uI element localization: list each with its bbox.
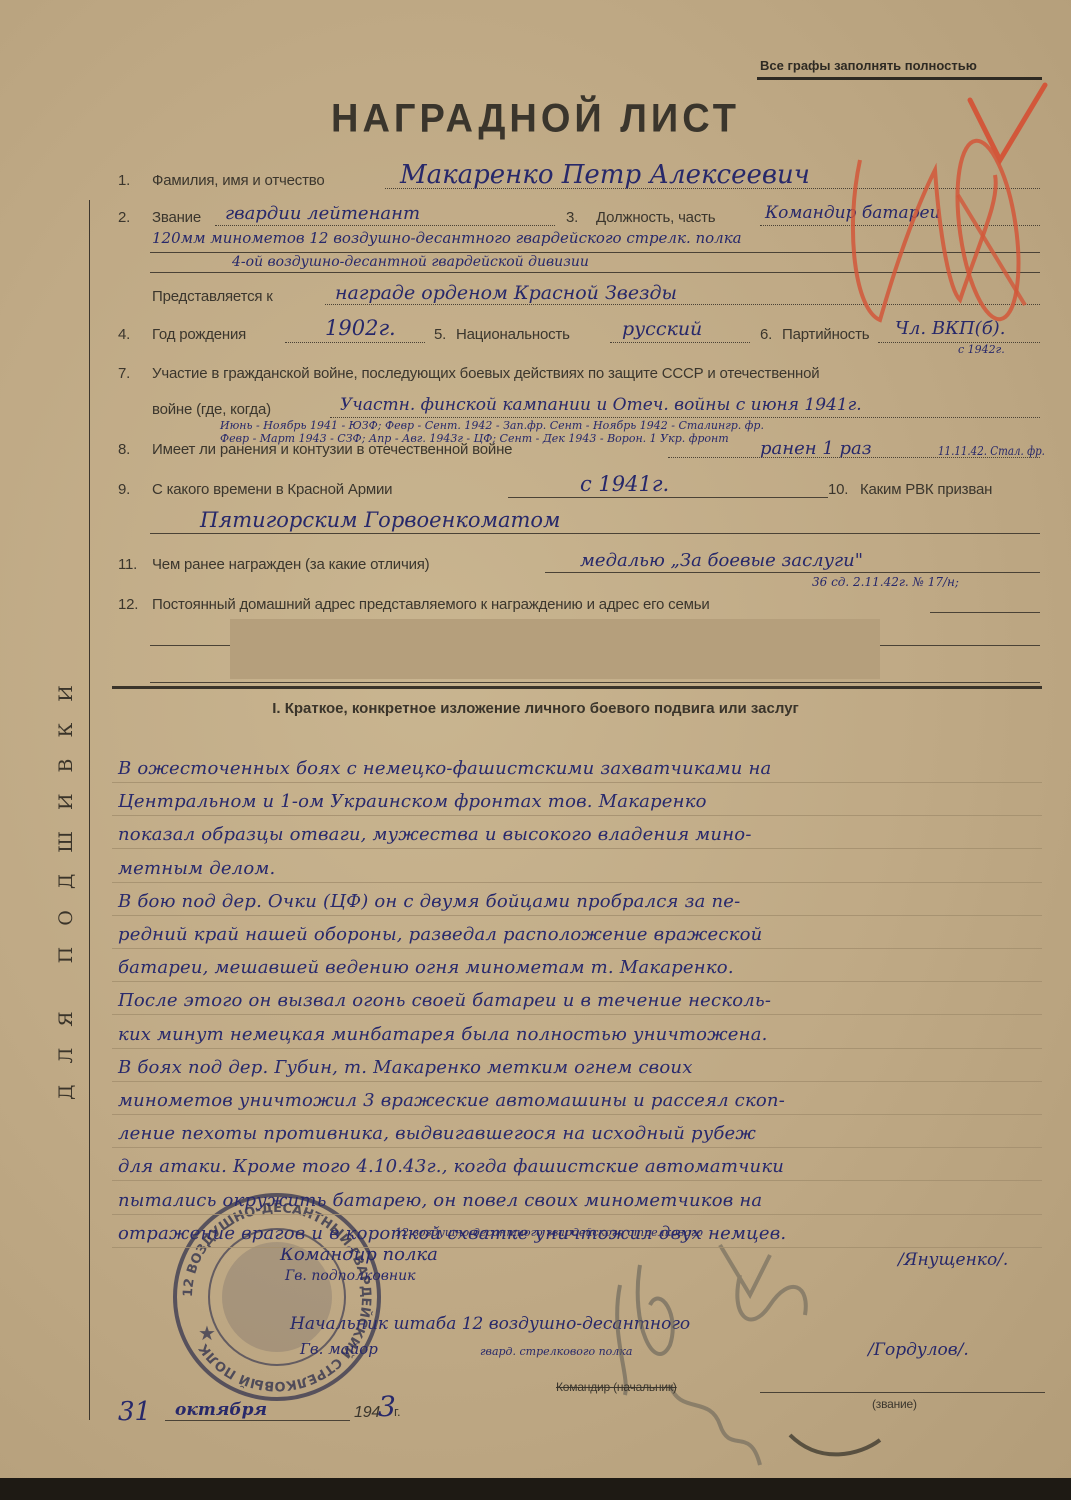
field-5-line [610,342,750,343]
field-11-value: медалью „За боевые заслуги" [580,550,863,571]
field-10-value: Пятигорским Горвоенкоматом [200,508,560,532]
commander-name: /Янущенко/. [898,1250,1008,1270]
field-7-detail-1: Июнь - Ноябрь 1941 - ЮЗФ; Февр - Сент. 1… [220,419,764,432]
section-divider [112,686,1042,689]
narrative-rule [112,1180,1042,1181]
field-3-number: 3. [566,209,578,226]
notice-underline [757,77,1042,80]
narrative-rule [112,848,1042,849]
narrative-line: После этого он вызвал огонь своей батаре… [118,990,771,1011]
field-11-line [545,572,1040,573]
field-3-value-1: Командир батареи [765,203,941,223]
field-9-number: 9. [118,481,130,498]
field-2-value: гвардии лейтенант [225,203,420,224]
field-2-number: 2. [118,209,130,226]
narrative-rule [112,882,1042,883]
chief-of-staff-unit: гвард. стрелкового полка [480,1345,632,1358]
narrative-rule [112,1214,1042,1215]
field-8-number: 8. [118,441,130,458]
field-7-label-2: войне (где, когда) [152,401,271,418]
field-1-label: Фамилия, имя и отчество [152,172,325,189]
field-12-number: 12. [118,596,138,613]
narrative-line: Центральном и 1-ом Украинском фронтах то… [118,791,707,812]
date-month: октября [175,1400,267,1420]
field-3-value-2: 120мм минометов 12 воздушно-десантного г… [152,229,742,247]
chief-of-staff-rank: Гв. майор [300,1340,378,1358]
date-month-line [165,1420,350,1421]
field-5-label: Национальность [456,326,570,343]
field-9-label: С какого времени в Красной Армии [152,481,392,498]
field-7-label-1: Участие в гражданской войне, последующих… [152,365,819,382]
narrative-line: В боях под дер. Губин, т. Макаренко метк… [118,1057,693,1078]
redacted-address [230,619,880,679]
commander-caption-line [760,1392,1045,1393]
field-12-line-3 [150,682,1040,683]
field-5-value: русский [622,318,702,340]
narrative-line: В бою под дер. Очки (ЦФ) он с двумя бойц… [118,891,740,912]
field-6-value: Чл. ВКП(б). [895,318,1005,339]
field-8-note: 11.11.42. Стал. фр. [938,444,1045,458]
award-sheet: ДЛЯ ПОДШИВКИ Все графы заполнять полност… [0,0,1071,1478]
field-10-line [150,533,1040,534]
commander-caption: Командир (начальник) [556,1380,677,1394]
narrative-line: минометов уничтожил 3 вражеские автомаши… [118,1090,785,1111]
field-7-line [330,417,1040,418]
date-year-prefix: 194 [354,1404,380,1422]
chief-of-staff-name: /Гордулов/. [868,1340,969,1360]
field-3-line [760,225,1040,226]
narrative-line: пытались окружить батарею, он повел свои… [118,1190,762,1211]
narrative-line: для атаки. Кроме того 4.10.43г., когда ф… [118,1156,784,1177]
field-1-number: 1. [118,172,130,189]
field-4-line [285,342,425,343]
field-4-value: 1902г. [325,316,396,340]
field-3-line-2 [150,252,1040,253]
narrative-rule [112,1014,1042,1015]
narrative-line: В ожесточенных боях с немецко-фашистским… [118,758,771,779]
field-5-number: 5. [434,326,446,343]
narrative-line: батареи, мешавшей ведению огня минометам… [118,957,734,978]
field-4-label: Год рождения [152,326,246,343]
narrative-rule [112,915,1042,916]
narrative-rule [112,1147,1042,1148]
field-9-line [508,497,828,498]
narrative-rule [112,1081,1042,1082]
chief-of-staff-title: Начальник штаба 12 воздушно-десантного [290,1314,690,1334]
narrative-rule [112,981,1042,982]
field-12-label: Постоянный домашний адрес представляемог… [152,596,710,613]
field-11-number: 11. [118,556,137,573]
narrative-rule [112,815,1042,816]
field-4-number: 4. [118,326,130,343]
field-1-value: Макаренко Петр Алексеевич [400,160,810,190]
field-8-label: Имеет ли ранения и контузии в отечествен… [152,441,512,458]
narrative-rule [112,782,1042,783]
date-day: 31 [118,1397,151,1427]
narrative-line: метным делом. [118,858,275,879]
field-10-label: Каким РВК призван [860,481,992,498]
side-binding-label: ДЛЯ ПОДШИВКИ [55,664,77,1100]
date-g: г. [394,1404,400,1419]
field-9-value: с 1941г. [580,472,669,496]
field-2-line [215,225,555,226]
narrative-line: показал образцы отваги, мужества и высок… [118,824,752,845]
field-3-value-3: 4-ой воздушно-десантной гвардейской диви… [232,254,589,270]
scan-edge [0,1478,1071,1500]
field-7-value: Участн. финской кампании и Отеч. войны с… [340,395,862,415]
fill-all-notice: Все графы заполнять полностью [760,58,977,73]
narrative-rule [112,948,1042,949]
award-value: награде орденом Красной Звезды [335,282,677,304]
field-8-value: ранен 1 раз [760,438,872,459]
pencil-signatures [600,1225,900,1485]
narrative-line: ление пехоты противника, выдвигавшегося … [118,1123,756,1144]
binding-rule [89,200,90,1420]
narrative-rule [112,1247,1042,1248]
field-6-number: 6. [760,326,772,343]
narrative-rule [112,1114,1042,1115]
narrative-line: редний край нашей обороны, разведал расп… [118,924,762,945]
field-11-note: 36 сд. 2.11.42г. № 17/н; [812,575,959,589]
narrative-line: ких минут немецкая минбатарея была полно… [118,1024,768,1045]
rank-caption: (звание) [872,1397,917,1411]
field-10-number: 10. [828,481,848,498]
field-7-number: 7. [118,365,130,382]
field-6-note: с 1942г. [958,343,1005,356]
award-label: Представляется к [152,288,273,305]
field-2-label: Звание [152,209,201,226]
document-title: НАГРАДНОЙ ЛИСТ [0,97,1071,142]
field-3-line-3 [150,272,1040,273]
award-line [325,304,1040,305]
field-3-label: Должность, часть [596,209,715,226]
field-12-line [930,612,1040,613]
commander-rank: Гв. подполковник [285,1268,416,1284]
section-1-title: I. Краткое, конкретное изложение личного… [0,700,1071,717]
narrative-rule [112,1048,1042,1049]
svg-text:★: ★ [198,1323,216,1345]
field-11-label: Чем ранее награжден (за какие отличия) [152,556,429,573]
narrative-line: отражение врагов и в короткой схватке ун… [118,1223,786,1244]
field-6-label: Партийность [782,326,869,343]
